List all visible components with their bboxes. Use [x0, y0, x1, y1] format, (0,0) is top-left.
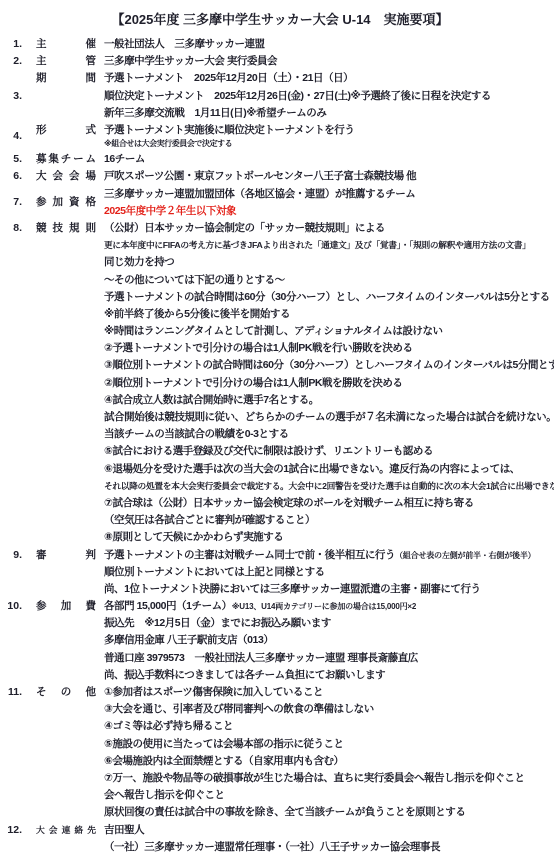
- doc-line-text: 順位決定トーナメント 2025年12月26日(金)・27日(土)※予選終了後に日…: [104, 90, 491, 102]
- doc-line-text: ⑧原則として天候にかかわらず実施する: [104, 531, 283, 543]
- page-title: 【2025年度 三多摩中学生サッカー大会 U-14 実施要項】: [8, 10, 552, 36]
- doc-line: ③順位別トーナメントの試合時間は60分（30分ハーフ）としハーフタイムのインター…: [104, 357, 552, 374]
- doc-line: ③大会を通じ、引率者及び帯同審判への飲食の準備はしない: [104, 701, 552, 718]
- doc-line: 新年三多摩交流戦 1月11日(日)※希望チームのみ: [104, 105, 552, 122]
- item-content: 吉田聖人（一社）三多摩サッカー連盟常任理事・（一社）八王子サッカー協会理事長: [104, 822, 552, 856]
- doc-line-text: 三多摩中学生サッカー大会 実行委員会: [104, 55, 277, 67]
- doc-line: 振込先 ※12月5日（金）までにお振込み願います: [104, 615, 552, 632]
- doc-line: ①参加者はスポーツ傷害保険に加入していること: [104, 684, 552, 701]
- doc-line-text: ⑥退場処分を受けた選手は次の当大会の1試合に出場できない。違反行為の内容によって…: [104, 463, 520, 475]
- item-number: 3.: [8, 70, 22, 122]
- doc-line-text: ②順位別トーナメントで引分けの場合は1人制PK戦を勝敗を決める: [104, 377, 402, 389]
- doc-line-text: 〜その他については下記の通りとする〜: [104, 274, 285, 286]
- item-label: 形式: [36, 122, 96, 139]
- doc-line: 戸吹スポーツ公園・東京フットボールセンター八王子富士森競技場 他: [104, 168, 552, 185]
- item-number: 9.: [8, 547, 22, 599]
- doc-line: 更に本年度中にFIFAの考え方に基づきJFAより出された「通達文」及び「覚書」・…: [104, 237, 552, 254]
- item-number: 10.: [8, 598, 22, 684]
- doc-line: 〜その他については下記の通りとする〜: [104, 272, 552, 289]
- doc-line: ⑥退場処分を受けた選手は次の当大会の1試合に出場できない。違反行為の内容によって…: [104, 461, 552, 478]
- doc-line-text: （一社）三多摩サッカー連盟常任理事・（一社）八王子サッカー協会理事長: [104, 841, 440, 853]
- doc-line: ※時間はランニングタイムとして計測し、アディショナルタイムは設けない: [104, 323, 552, 340]
- item-content: 予選トーナメントの主審は対戦チーム同士で前・後半相互に行う（組合せ表の左側が前半…: [104, 547, 552, 599]
- item-label: 審判: [36, 547, 96, 564]
- doc-line-text: 吉田聖人: [104, 824, 144, 836]
- doc-line: ②予選トーナメントで引分けの場合は1人制PK戦を行い勝敗を決める: [104, 340, 552, 357]
- doc-line-text: 同じ効力を持つ: [104, 256, 174, 268]
- doc-line: 試合開始後は競技規則に従い、どちらかのチームの選手が７名未満になった場合は試合を…: [104, 409, 552, 426]
- doc-line: ⑥会場施設内は全面禁煙とする（自家用車内も含む）: [104, 753, 552, 770]
- doc-line: 一般社団法人 三多摩サッカー連盟: [104, 36, 552, 53]
- item-number: 6.: [8, 168, 22, 185]
- item-label: 期間: [36, 70, 96, 87]
- item-number: 7.: [8, 186, 22, 220]
- item-label: 大会連絡先: [36, 822, 96, 839]
- doc-line: 順位決定トーナメント 2025年12月26日(金)・27日(土)※予選終了後に日…: [104, 88, 552, 105]
- doc-line: 各部門 15,000円（1チーム）※U13、U14両カテゴリーに参加の場合は15…: [104, 598, 552, 615]
- item-content: 三多摩サッカー連盟加盟団体（各地区協会・連盟）が推薦するチーム2025年度中学２…: [104, 186, 552, 220]
- item-row: 3.期間予選トーナメント 2025年12月20日（土）・21日（日）順位決定トー…: [8, 70, 552, 122]
- item-content: 16チーム: [104, 151, 552, 168]
- doc-line-text: ④ゴミ等は必ず持ち帰ること: [104, 720, 233, 732]
- doc-line-text: 新年三多摩交流戦 1月11日(日)※希望チームのみ: [104, 107, 326, 119]
- doc-line: 予選トーナメントの試合時間は60分（30分ハーフ）とし、ハーフタイムのインターバ…: [104, 289, 552, 306]
- doc-line-text: ⑦万一、施設や物品等の破損事故が生じた場合は、直ちに実行委員会へ報告し指示を仰ぐ…: [104, 772, 525, 784]
- doc-line: ※組合せは大会実行委員会で決定する: [104, 139, 552, 151]
- doc-line-text: ③大会を通じ、引率者及び帯同審判への飲食の準備はしない: [104, 703, 374, 715]
- doc-line-text: 戸吹スポーツ公園・東京フットボールセンター八王子富士森競技場 他: [104, 170, 416, 182]
- doc-line-text: 各部門 15,000円（1チーム）: [104, 600, 232, 612]
- doc-line: 尚、振込手数料につきましては各チーム負担にてお願いします: [104, 667, 552, 684]
- item-row: 9.審判予選トーナメントの主審は対戦チーム同士で前・後半相互に行う（組合せ表の左…: [8, 547, 552, 599]
- tournament-guidelines-document: 【2025年度 三多摩中学生サッカー大会 U-14 実施要項】 1.主催一般社団…: [0, 0, 554, 856]
- doc-line-text: ③順位別トーナメントの試合時間は60分（30分ハーフ）としハーフタイムのインター…: [104, 359, 554, 371]
- doc-line: ※前半終了後から5分後に後半を開始する: [104, 306, 552, 323]
- doc-line-text: ⑤施設の使用に当たっては会場本部の指示に従うこと: [104, 738, 344, 750]
- doc-line-text: 予選トーナメントの試合時間は60分（30分ハーフ）とし、ハーフタイムのインターバ…: [104, 291, 550, 303]
- doc-line: ⑧原則として天候にかかわらず実施する: [104, 529, 552, 546]
- doc-line: 尚、1位トーナメント決勝においては三多摩サッカー連盟派遣の主審・副審にて行う: [104, 581, 552, 598]
- item-content: 予選トーナメント実施後に順位決定トーナメントを行う※組合せは大会実行委員会で決定…: [104, 122, 552, 151]
- item-label: 競技規則: [36, 220, 96, 237]
- item-number: 8.: [8, 220, 22, 547]
- doc-line-text: 尚、振込手数料につきましては各チーム負担にてお願いします: [104, 669, 385, 681]
- doc-line-text: （公財）日本サッカー協会制定の「サッカー競技規則」による: [104, 222, 385, 234]
- doc-line-text: 振込先 ※12月5日（金）までにお振込み願います: [104, 617, 331, 629]
- item-label: 主管: [36, 53, 96, 70]
- doc-line-text: 三多摩サッカー連盟加盟団体（各地区協会・連盟）が推薦するチーム: [104, 188, 415, 200]
- doc-line: 予選トーナメント 2025年12月20日（土）・21日（日）: [104, 70, 552, 87]
- doc-line: ⑤施設の使用に当たっては会場本部の指示に従うこと: [104, 736, 552, 753]
- item-label: 参加費: [36, 598, 96, 615]
- doc-line: ④試合成立人数は試合開始時に選手7名とする。: [104, 392, 552, 409]
- doc-line-text: 予選トーナメントの主審は対戦チーム同士で前・後半相互に行う: [104, 549, 395, 561]
- item-row: 7.参加資格三多摩サッカー連盟加盟団体（各地区協会・連盟）が推薦するチーム202…: [8, 186, 552, 220]
- doc-line: （一社）三多摩サッカー連盟常任理事・（一社）八王子サッカー協会理事長: [104, 839, 552, 856]
- item-row: 4.形式予選トーナメント実施後に順位決定トーナメントを行う※組合せは大会実行委員…: [8, 122, 552, 151]
- item-row: 10.参加費各部門 15,000円（1チーム）※U13、U14両カテゴリーに参加…: [8, 598, 552, 684]
- doc-line: 吉田聖人: [104, 822, 552, 839]
- item-label: 主催: [36, 36, 96, 53]
- item-number: 12.: [8, 822, 22, 856]
- doc-line: 普通口座 3979573 一般社団法人三多摩サッカー連盟 理事長斎藤直広: [104, 650, 552, 667]
- doc-line-text: ※組合せは大会実行委員会で決定する: [104, 139, 232, 148]
- item-content: 戸吹スポーツ公園・東京フットボールセンター八王子富士森競技場 他: [104, 168, 552, 185]
- doc-line: 予選トーナメント実施後に順位決定トーナメントを行う: [104, 122, 552, 139]
- doc-line: ⑦万一、施設や物品等の破損事故が生じた場合は、直ちに実行委員会へ報告し指示を仰ぐ…: [104, 770, 552, 787]
- item-row: 11.その他①参加者はスポーツ傷害保険に加入していること③大会を通じ、引率者及び…: [8, 684, 552, 822]
- item-content: 予選トーナメント 2025年12月20日（土）・21日（日）順位決定トーナメント…: [104, 70, 552, 122]
- item-label: その他: [36, 684, 96, 701]
- item-row: 6.大会会場戸吹スポーツ公園・東京フットボールセンター八王子富士森競技場 他: [8, 168, 552, 185]
- doc-line: ②順位別トーナメントで引分けの場合は1人制PK戦を勝敗を決める: [104, 375, 552, 392]
- doc-line: ⑦試合球は（公財）日本サッカー協会検定球のボールを対戦チーム相互に持ち寄る: [104, 495, 552, 512]
- doc-line-text: ⑥会場施設内は全面禁煙とする（自家用車内も含む）: [104, 755, 344, 767]
- doc-line-text: 更に本年度中にFIFAの考え方に基づきJFAより出された「通達文」及び「覚書」・…: [104, 240, 531, 250]
- doc-line: 2025年度中学２年生以下対象: [104, 203, 552, 220]
- doc-line-text: （空気圧は各試合ごとに審判が確認すること）: [104, 514, 315, 526]
- item-content: 各部門 15,000円（1チーム）※U13、U14両カテゴリーに参加の場合は15…: [104, 598, 552, 684]
- doc-line: 会へ報告し指示を仰ぐこと: [104, 787, 552, 804]
- doc-line: 原状回復の責任は試合中の事故を除き、全て当該チームが負うことを原則とする: [104, 804, 552, 821]
- doc-line-text: ※前半終了後から5分後に後半を開始する: [104, 308, 290, 320]
- doc-line-text: 尚、1位トーナメント決勝においては三多摩サッカー連盟派遣の主審・副審にて行う: [104, 583, 481, 595]
- item-number: 11.: [8, 684, 22, 822]
- doc-line-text: 順位別トーナメントにおいては上記と同様とする: [104, 566, 325, 578]
- doc-line: （空気圧は各試合ごとに審判が確認すること）: [104, 512, 552, 529]
- doc-line: 多摩信用金庫 八王子駅前支店（013）: [104, 632, 552, 649]
- doc-line: 三多摩中学生サッカー大会 実行委員会: [104, 53, 552, 70]
- item-content: 一般社団法人 三多摩サッカー連盟: [104, 36, 552, 53]
- doc-line-note: （組合せ表の左側が前半・右側が後半）: [395, 551, 535, 560]
- item-content: 三多摩中学生サッカー大会 実行委員会: [104, 53, 552, 70]
- item-label: 募集チーム: [36, 151, 96, 168]
- doc-line-text: 予選トーナメント 2025年12月20日（土）・21日（日）: [104, 72, 353, 84]
- doc-line: 三多摩サッカー連盟加盟団体（各地区協会・連盟）が推薦するチーム: [104, 186, 552, 203]
- item-row: 1.主催一般社団法人 三多摩サッカー連盟: [8, 36, 552, 53]
- doc-line-note: ※U13、U14両カテゴリーに参加の場合は15,000円×2: [232, 602, 416, 611]
- doc-line: それ以降の処置を本大会実行委員会で裁定する。大会中に2回警告を受けた選手は自動的…: [104, 478, 552, 495]
- item-row: 2.主管三多摩中学生サッカー大会 実行委員会: [8, 53, 552, 70]
- item-content: ①参加者はスポーツ傷害保険に加入していること③大会を通じ、引率者及び帯同審判への…: [104, 684, 552, 822]
- doc-line-text: 予選トーナメント実施後に順位決定トーナメントを行う: [104, 124, 354, 136]
- doc-line: （公財）日本サッカー協会制定の「サッカー競技規則」による: [104, 220, 552, 237]
- doc-line: 16チーム: [104, 151, 552, 168]
- doc-line-text: 2025年度中学２年生以下対象: [104, 205, 236, 217]
- item-row: 8.競技規則（公財）日本サッカー協会制定の「サッカー競技規則」による更に本年度中…: [8, 220, 552, 547]
- doc-line: 同じ効力を持つ: [104, 254, 552, 271]
- doc-line-text: ①参加者はスポーツ傷害保険に加入していること: [104, 686, 323, 698]
- item-number: 1.: [8, 36, 22, 53]
- item-number: 2.: [8, 53, 22, 70]
- doc-line-text: 会へ報告し指示を仰ぐこと: [104, 789, 225, 801]
- doc-line-text: ④試合成立人数は試合開始時に選手7名とする。: [104, 394, 319, 406]
- doc-line-text: 普通口座 3979573 一般社団法人三多摩サッカー連盟 理事長斎藤直広: [104, 652, 418, 664]
- item-label: 大会会場: [36, 168, 96, 185]
- doc-line: 順位別トーナメントにおいては上記と同様とする: [104, 564, 552, 581]
- doc-line-text: 当該チームの当該試合の戦績を0-3とする: [104, 428, 289, 440]
- item-number: 4.: [8, 122, 22, 151]
- item-number: 5.: [8, 151, 22, 168]
- doc-line-text: ※時間はランニングタイムとして計測し、アディショナルタイムは設けない: [104, 325, 443, 337]
- doc-line-text: ⑦試合球は（公財）日本サッカー協会検定球のボールを対戦チーム相互に持ち寄る: [104, 497, 474, 509]
- doc-line-text: 16チーム: [104, 153, 145, 165]
- doc-line-text: 多摩信用金庫 八王子駅前支店（013）: [104, 634, 273, 646]
- item-row: 12.大会連絡先吉田聖人（一社）三多摩サッカー連盟常任理事・（一社）八王子サッカ…: [8, 822, 552, 856]
- item-content: （公財）日本サッカー協会制定の「サッカー競技規則」による更に本年度中にFIFAの…: [104, 220, 552, 547]
- doc-line-text: 一般社団法人 三多摩サッカー連盟: [104, 38, 265, 50]
- doc-line: ⑤試合における選手登録及び交代に制限は設けず、リエントリーも認める: [104, 443, 552, 460]
- item-label: 参加資格: [36, 194, 96, 211]
- doc-line: 予選トーナメントの主審は対戦チーム同士で前・後半相互に行う（組合せ表の左側が前半…: [104, 547, 552, 564]
- doc-line-text: 原状回復の責任は試合中の事故を除き、全て当該チームが負うことを原則とする: [104, 806, 465, 818]
- doc-line-text: 試合開始後は競技規則に従い、どちらかのチームの選手が７名未満になった場合は試合を…: [104, 411, 554, 423]
- doc-line-text: ②予選トーナメントで引分けの場合は1人制PK戦を行い勝敗を決める: [104, 342, 413, 354]
- doc-line-text: それ以降の処置を本大会実行委員会で裁定する。大会中に2回警告を受けた選手は自動的…: [104, 481, 554, 491]
- doc-line-text: ⑤試合における選手登録及び交代に制限は設けず、リエントリーも認める: [104, 445, 433, 457]
- doc-line: 当該チームの当該試合の戦績を0-3とする: [104, 426, 552, 443]
- items-list: 1.主催一般社団法人 三多摩サッカー連盟2.主管三多摩中学生サッカー大会 実行委…: [8, 36, 552, 856]
- item-row: 5.募集チーム16チーム: [8, 151, 552, 168]
- doc-line: ④ゴミ等は必ず持ち帰ること: [104, 718, 552, 735]
